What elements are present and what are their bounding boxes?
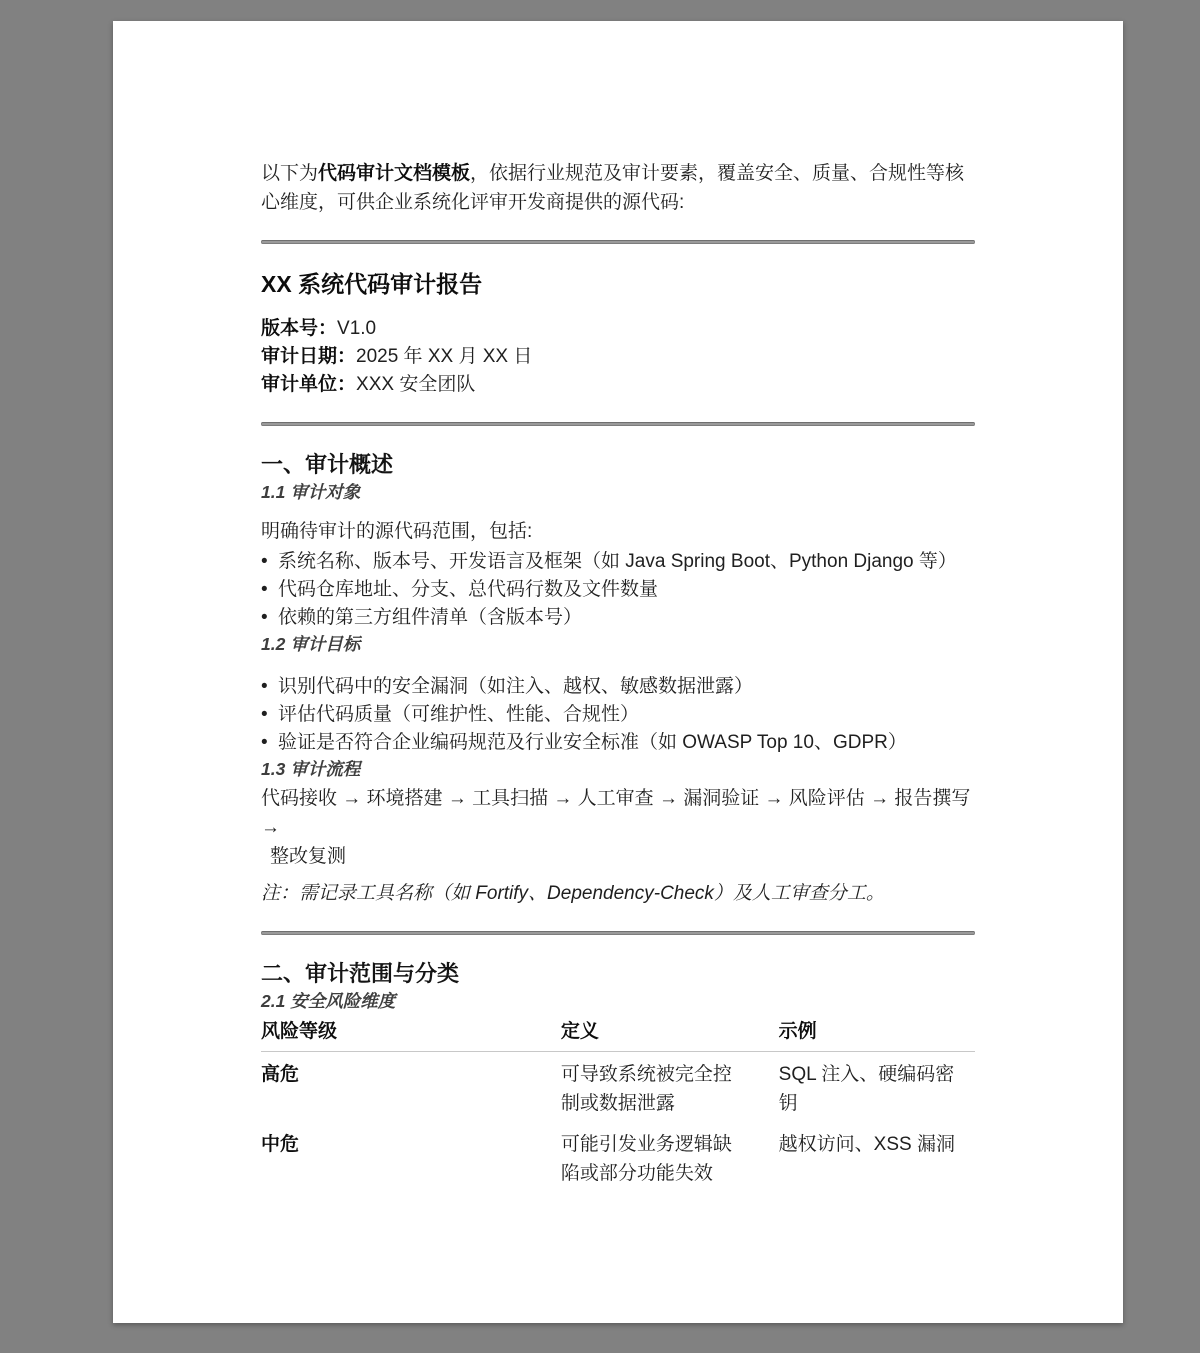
list-item: 验证是否符合企业编码规范及行业安全标准（如 OWASP Top 10、GDPR）	[261, 729, 975, 757]
intro-bold-term: 代码审计文档模板	[318, 163, 470, 184]
section-divider	[261, 931, 975, 935]
flow-line-2: 整改复测	[261, 846, 346, 867]
risk-table: 风险等级 定义 示例 高危 可导致系统被完全控制或数据泄露 SQL 注入、硬编码…	[261, 1020, 975, 1192]
meta-audit-date-label: 审计日期：	[261, 346, 356, 367]
meta-audit-unit-value: XXX 安全团队	[356, 374, 475, 395]
subsection-heading-audit-goals: 1.2 审计目标	[261, 632, 975, 656]
column-header-example: 示例	[779, 1020, 975, 1052]
meta-audit-unit-label: 审计单位：	[261, 374, 356, 395]
audit-goals-list: 识别代码中的安全漏洞（如注入、越权、敏感数据泄露） 评估代码质量（可维护性、性能…	[261, 673, 975, 757]
audit-process-flow: 代码接收 → 环境搭建 → 工具扫描 → 人工审查 → 漏洞验证 → 风险评估 …	[261, 784, 975, 871]
meta-audit-date-value: 2025 年 XX 月 XX 日	[356, 346, 532, 367]
intro-paragraph: 以下为代码审计文档模板，依据行业规范及审计要素，覆盖安全、质量、合规性等核心维度…	[261, 159, 975, 217]
list-item: 识别代码中的安全漏洞（如注入、越权、敏感数据泄露）	[261, 673, 975, 701]
intro-prefix: 以下为	[261, 163, 318, 184]
meta-audit-unit: 审计单位：XXX 安全团队	[261, 371, 975, 399]
section-heading-audit-scope: 二、审计范围与分类	[261, 959, 975, 989]
meta-block: 版本号：V1.0 审计日期：2025 年 XX 月 XX 日 审计单位：XXX …	[261, 315, 975, 399]
audit-process-note: 注：需记录工具名称（如 Fortify、Dependency-Check）及人工…	[261, 879, 975, 908]
section-divider	[261, 422, 975, 426]
section-heading-audit-overview: 一、审计概述	[261, 450, 975, 480]
cell-risk-level: 高危	[261, 1052, 561, 1123]
cell-example: 越权访问、XSS 漏洞	[779, 1122, 975, 1192]
list-item: 评估代码质量（可维护性、性能、合规性）	[261, 701, 975, 729]
table-row-high-risk: 高危 可导致系统被完全控制或数据泄露 SQL 注入、硬编码密钥	[261, 1052, 975, 1123]
list-item: 系统名称、版本号、开发语言及框架（如 Java Spring Boot、Pyth…	[261, 548, 975, 576]
meta-version-label: 版本号：	[261, 318, 337, 339]
list-item: 代码仓库地址、分支、总代码行数及文件数量	[261, 576, 975, 604]
flow-line-1: 代码接收 → 环境搭建 → 工具扫描 → 人工审查 → 漏洞验证 → 风险评估 …	[261, 788, 970, 838]
column-header-risk-level: 风险等级	[261, 1020, 561, 1052]
table-row-medium-risk: 中危 可能引发业务逻辑缺陷或部分功能失效 越权访问、XSS 漏洞	[261, 1122, 975, 1192]
audit-target-lead: 明确待审计的源代码范围，包括:	[261, 517, 975, 546]
subsection-heading-audit-target: 1.1 审计对象	[261, 480, 975, 504]
risk-table-header-row: 风险等级 定义 示例	[261, 1020, 975, 1052]
cell-definition: 可能引发业务逻辑缺陷或部分功能失效	[561, 1122, 779, 1192]
section-divider	[261, 240, 975, 244]
cell-example: SQL 注入、硬编码密钥	[779, 1052, 975, 1123]
list-item: 依赖的第三方组件清单（含版本号）	[261, 604, 975, 632]
column-header-definition: 定义	[561, 1020, 779, 1052]
document-title: XX 系统代码审计报告	[261, 269, 975, 300]
cell-risk-level: 中危	[261, 1122, 561, 1192]
subsection-heading-audit-process: 1.3 审计流程	[261, 757, 975, 781]
meta-version: 版本号：V1.0	[261, 315, 975, 343]
meta-version-value: V1.0	[337, 318, 376, 339]
subsection-heading-risk-dimension: 2.1 安全风险维度	[261, 989, 975, 1013]
audit-target-list: 系统名称、版本号、开发语言及框架（如 Java Spring Boot、Pyth…	[261, 548, 975, 632]
document-page: 以下为代码审计文档模板，依据行业规范及审计要素，覆盖安全、质量、合规性等核心维度…	[113, 21, 1123, 1323]
cell-definition: 可导致系统被完全控制或数据泄露	[561, 1052, 779, 1123]
meta-audit-date: 审计日期：2025 年 XX 月 XX 日	[261, 343, 975, 371]
